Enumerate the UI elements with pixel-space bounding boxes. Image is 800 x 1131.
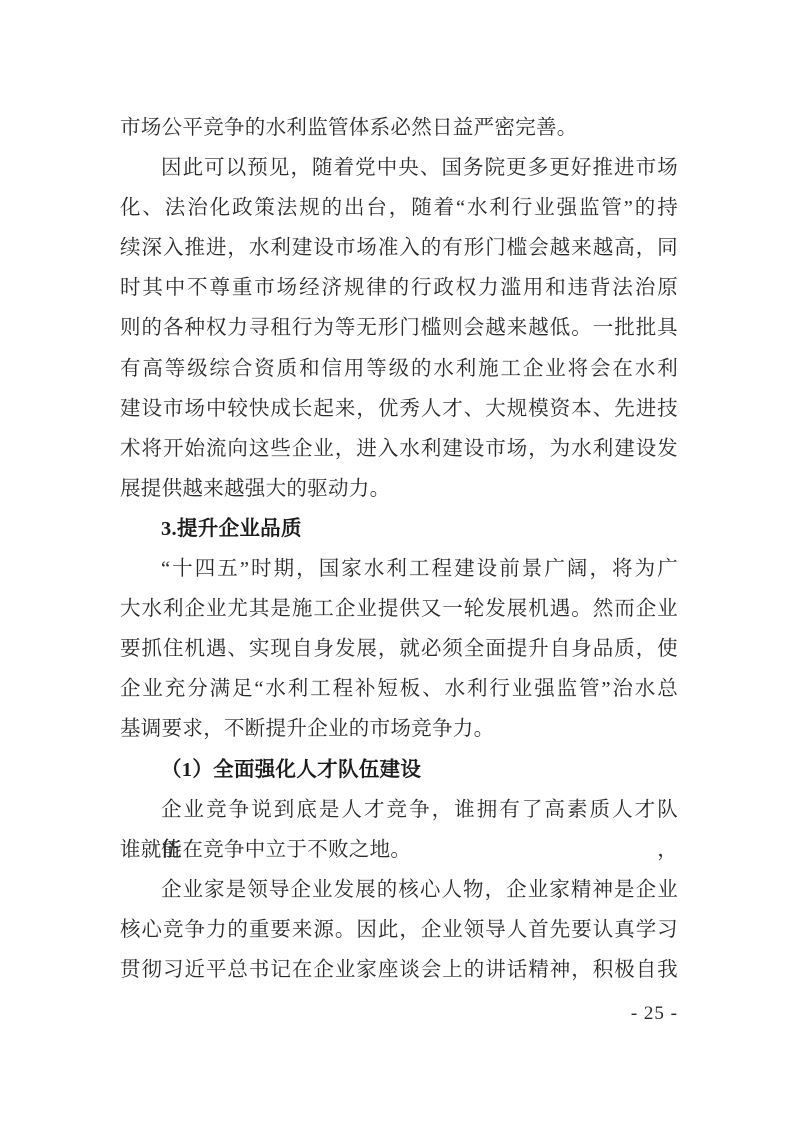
heading: （1）全面强化人才队伍建设	[120, 750, 678, 790]
text-line: 建设市场中较快成长起来，优秀人才、大规模资本、先进技	[120, 389, 678, 429]
text-line: 基调要求，不断提升企业的市场竞争力。	[120, 709, 678, 749]
text-line: 企业家是领导企业发展的核心人物，企业家精神是企业	[120, 870, 678, 910]
document-page: 市场公平竞争的水利监管体系必然日益严密完善。因此可以预见，随着党中央、国务院更多…	[0, 0, 800, 1131]
text-line: 续深入推进，水利建设市场准入的有形门槛会越来越高，同	[120, 228, 678, 268]
heading-line: （1）全面强化人才队伍建设	[120, 750, 678, 790]
paragraph: “十四五”时期，国家水利工程建设前景广阔，将为广大水利企业尤其是施工企业提供又一…	[120, 549, 678, 749]
text-line: 则的各种权力寻租行为等无形门槛则会越来越低。一批批具	[120, 308, 678, 348]
heading-line: 3.提升企业品质	[120, 509, 678, 549]
para-continuation: 市场公平竞争的水利监管体系必然日益严密完善。	[120, 108, 678, 148]
paragraph: 企业家是领导企业发展的核心人物，企业家精神是企业核心竞争力的重要来源。因此，企业…	[120, 870, 678, 990]
text-line: 企业充分满足“水利工程补短板、水利行业强监管”治水总	[120, 669, 678, 709]
heading: 3.提升企业品质	[120, 509, 678, 549]
text-line: 大水利企业尤其是施工企业提供又一轮发展机遇。然而企业	[120, 589, 678, 629]
text-line: 市场公平竞争的水利监管体系必然日益严密完善。	[120, 108, 678, 148]
text-line: 企业竞争说到底是人才竞争，谁拥有了高素质人才队伍，	[120, 790, 678, 830]
text-block: 市场公平竞争的水利监管体系必然日益严密完善。因此可以预见，随着党中央、国务院更多…	[120, 108, 678, 990]
paragraph: 因此可以预见，随着党中央、国务院更多更好推进市场化、法治化政策法规的出台，随着“…	[120, 148, 678, 509]
text-line: 因此可以预见，随着党中央、国务院更多更好推进市场	[120, 148, 678, 188]
page-number: - 25 -	[0, 1003, 678, 1025]
text-line: 展提供越来越强大的驱动力。	[120, 469, 678, 509]
text-line: 化、法治化政策法规的出台，随着“水利行业强监管”的持	[120, 188, 678, 228]
text-line: 要抓住机遇、实现自身发展，就必须全面提升自身品质，使	[120, 629, 678, 669]
text-line: 有高等级综合资质和信用等级的水利施工企业将会在水利	[120, 349, 678, 389]
text-line: “十四五”时期，国家水利工程建设前景广阔，将为广	[120, 549, 678, 589]
text-line: 术将开始流向这些企业，进入水利建设市场，为水利建设发	[120, 429, 678, 469]
paragraph: 企业竞争说到底是人才竞争，谁拥有了高素质人才队伍，谁就能在竞争中立于不败之地。	[120, 790, 678, 870]
text-line: 时其中不尊重市场经济规律的行政权力滥用和违背法治原	[120, 268, 678, 308]
text-line: 核心竞争力的重要来源。因此，企业领导人首先要认真学习	[120, 910, 678, 950]
text-line: 贯彻习近平总书记在企业家座谈会上的讲话精神，积极自我	[120, 950, 678, 990]
